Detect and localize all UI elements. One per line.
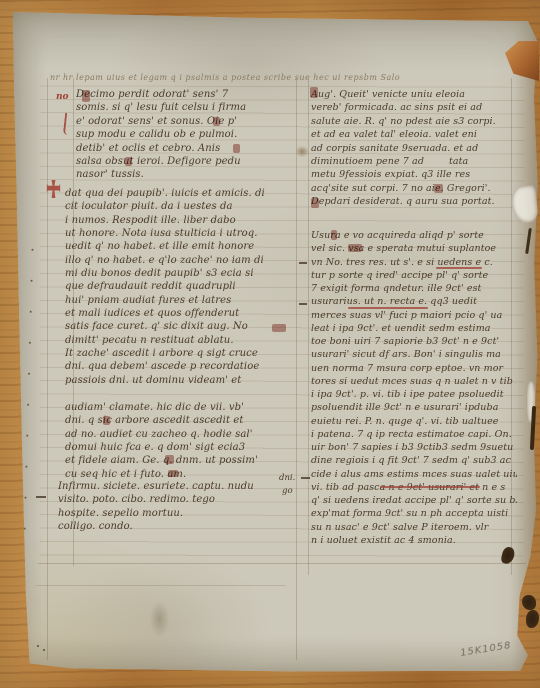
- rubric-touch: [125, 157, 132, 166]
- manuscript-text-line: salsa obsut ieroi. Defigore pedu: [76, 155, 304, 168]
- rubric-touch: [310, 87, 318, 98]
- manuscript-text-line: audiam' clamate. hic dic de vii. vb': [65, 401, 305, 414]
- ink-dash: [299, 262, 307, 264]
- manuscript-text-line: et ad ea valet tal' eleoia. valet eni: [311, 128, 517, 141]
- running-header-text: nr hr lepam uius et legam q i psalmis a …: [50, 73, 528, 82]
- right-column-block-2: Usura e vo acquireda aliqd p' sortevel s…: [311, 229, 517, 547]
- manuscript-text-line: nasor' tussis.: [76, 168, 304, 181]
- rubric-touch: [331, 230, 337, 240]
- ink-dash: [299, 303, 307, 305]
- wormhole: [522, 595, 536, 610]
- left-column-block-1: Decimo perdit odorat' sens' 7somis. si q…: [76, 88, 304, 182]
- manuscript-text-line: uen norma 7 msura corp eptoe. vn mor: [311, 362, 517, 375]
- manuscript-text-line: psoluendit ille 9ct' n e usurari' ipduba: [311, 401, 517, 414]
- manuscript-text-line: i ipa 9ct'. p. vi. tib i ipe patee psolu…: [311, 388, 517, 401]
- manuscript-text-line: su n usac' e 9ct' salve P iteroem. vlr: [311, 521, 517, 534]
- manuscript-text-line: euietu rei. P. n. quge q'. vi. tib ualtu…: [311, 415, 517, 428]
- ink-dash: [36, 496, 46, 498]
- manuscript-text-line: dine regiois i q fit 9ct' 7 sedm q' sub3…: [311, 454, 517, 467]
- manuscript-text-line: mi diu bonos dedit paupib' s3 ecia si: [65, 267, 305, 280]
- manuscript-text-line: uedit q' no habet. et ille emit honore: [65, 240, 305, 253]
- manuscript-text-line: leat i ipa 9ct'. et uendit sedm estima: [311, 322, 517, 335]
- manuscript-text-line: i patena. 7 q ip recta estimatoe capi. O…: [311, 428, 517, 441]
- manuscript-text-line: hospite. sepelio mortuu.: [58, 507, 303, 520]
- red-underline: [380, 486, 480, 488]
- manuscript-text-line: et fidele aiam. Ge. q. dnm. ut possim': [65, 454, 305, 467]
- manuscript-text-line: tur p sorte q ired' accipe pl' q' sorte: [311, 269, 517, 282]
- rubric-touch: [233, 144, 240, 153]
- manuscript-text-line: salute aie. R. q' no pdest aie s3 corpi.: [311, 115, 517, 128]
- red-underline: [348, 307, 428, 309]
- wormhole: [526, 610, 539, 628]
- manuscript-text-line: tores si uedut mces suas q n ualet n v t…: [311, 375, 517, 388]
- manuscript-text-line: metu 9fessiois expiat. q3 ille res: [311, 168, 517, 181]
- manuscript-text-line: q' si uedens iredat accipe pl' q' sorte …: [311, 494, 517, 507]
- edge-crack: [530, 406, 536, 450]
- manuscript-text-line: Decimo perdit odorat' sens' 7: [76, 88, 304, 101]
- manuscript-photo: nr hr lepam uius et legam q i psalmis a …: [0, 0, 540, 688]
- red-cross-icon: [44, 179, 63, 200]
- manuscript-text-line: illo q' no habet. e q'lo zache' no iam d…: [65, 254, 305, 267]
- manuscript-text-line: ad corpis sanitate 9seruada. et ad: [311, 142, 517, 155]
- manuscript-text-line: uir bon' 7 sapies i b3 9ctib3 sedm 9suet…: [311, 441, 517, 454]
- manuscript-text-line: toe boni uiri 7 sapiorie b3 9ct' n e 9ct…: [311, 335, 517, 348]
- manuscript-text-line: usurari' sicut df ars. Bon' i singulis m…: [311, 348, 517, 361]
- manuscript-text-line: Depdari desiderat. q auru sua portat.: [311, 195, 517, 208]
- left-column-mercy-list: Infirmu. siciete. esuriete. captu. nuduv…: [58, 480, 303, 534]
- ruling-line: [36, 585, 286, 586]
- rubric-touch: [103, 416, 110, 425]
- rubric-touch: [434, 184, 443, 193]
- manuscript-text-line: ad no. audiet cu zacheo q. hodie sal': [65, 428, 305, 441]
- manuscript-text-line: cide i alus ams estims mces suas ualet u…: [311, 468, 517, 481]
- manuscript-text-line: ut honore. Nota iusa stulticia i utroq.: [65, 227, 305, 240]
- ink-speck: [37, 645, 39, 647]
- manuscript-text-line: Usura e vo acquireda aliqd p' sorte: [311, 229, 517, 242]
- manuscript-text-line: diminutioem pene 7 ad tata: [311, 155, 517, 168]
- ruling-line: [38, 563, 526, 564]
- ruling-column-line: [308, 78, 309, 575]
- manuscript-text-line: dat qua dei paupib'. iuicis et amicis. d…: [65, 187, 305, 200]
- manuscript-text-line: somis. si q' lesu fuit celsu i firma: [76, 101, 304, 114]
- manuscript-text-line: hui' pniam audiat fures et latres: [65, 294, 305, 307]
- manuscript-text-line: satis face curet. q' sic dixit aug. No: [65, 320, 305, 333]
- ink-speck: [43, 649, 45, 651]
- manuscript-text-line: i numos. Respodit ille. liber dabo: [65, 214, 305, 227]
- manuscript-text-line: passiois dni. ut dominu videam' et: [65, 374, 305, 387]
- red-underline: [436, 267, 482, 269]
- manuscript-text-line: dni. qua debem' ascede p recordatioe: [65, 360, 305, 373]
- rubric-touch: [348, 244, 362, 252]
- manuscript-text-line: 7 exigit forma qndetur. ille 9ct' est: [311, 282, 517, 295]
- manuscript-text-line: visito. poto. cibo. redimo. tego: [58, 493, 303, 506]
- manuscript-text-line: merces suas vl' fuci p maiori pcio q' ua: [311, 309, 517, 322]
- manuscript-text-line: acq'site sut corpi. 7 no aie. Gregori'.: [311, 182, 517, 195]
- manuscript-text-line: vereb' formicada. ac sins psit ei ad: [311, 101, 517, 114]
- manuscript-text-line: detib' et oclis et cebro. Anis: [76, 142, 304, 155]
- manuscript-text-line: colligo. condo.: [58, 520, 303, 533]
- manuscript-text-line: It zache' ascedit i arbore q sigt cruce: [65, 347, 305, 360]
- rubric-touch: [311, 198, 319, 208]
- left-column-block-3: audiam' clamate. hic dic de vii. vb'dni.…: [65, 401, 305, 481]
- left-column-block-2: dat qua dei paupib'. iuicis et amicis. d…: [65, 187, 305, 387]
- rubric-touch: [168, 470, 178, 477]
- rubric-touch: [272, 324, 286, 332]
- manuscript-text-line: sup modu e calidu ob e pulmoi.: [76, 128, 304, 141]
- rubric-touch: [165, 455, 174, 464]
- rubric-touch: [82, 90, 90, 102]
- right-column-block-1: Aug'. Queit' venicte uniu eleoiavereb' f…: [311, 88, 517, 209]
- manuscript-text-line: n i uoluet existit ac 4 smonia.: [311, 534, 517, 547]
- rubric-touch: [213, 117, 220, 126]
- manuscript-text-line: dni. q sic arbore ascedit ascedit et: [65, 414, 305, 427]
- manuscript-text-line: que defraudauit reddit quadrupli: [65, 280, 305, 293]
- pricking-holes: [21, 249, 33, 623]
- manuscript-text-line: Aug'. Queit' venicte uniu eleoia: [311, 88, 517, 101]
- manuscript-text-line: exp'mat forma 9ct' su n ph accepta uisti: [311, 507, 517, 520]
- manuscript-text-line: et mali iudices et quos offenderut: [65, 307, 305, 320]
- manuscript-text-line: cit ioculator piuit. da i uestes da: [65, 200, 305, 213]
- manuscript-text-line: e' odorat' sens' et sonus. Oie p': [76, 115, 304, 128]
- manuscript-text-line: domui huic fca e. q dom' sigt ecia3: [65, 441, 305, 454]
- ruling-column-line: [47, 78, 48, 660]
- manuscript-text-line: dimitt' pecatu n restituat ablatu.: [65, 334, 305, 347]
- gutter-note: go: [282, 486, 293, 496]
- manuscript-text-line: Infirmu. siciete. esuriete. captu. nudu: [58, 480, 303, 493]
- manuscript-text-line: vel sic. vsa e sperata mutui suplantoe: [311, 242, 517, 255]
- gutter-note: dni.: [279, 473, 295, 483]
- red-nota-mark: no: [56, 92, 69, 102]
- manuscript-text-line: vn No. tres res. ut s'. e si uedens e c.: [311, 256, 517, 269]
- ink-dash: [301, 477, 310, 479]
